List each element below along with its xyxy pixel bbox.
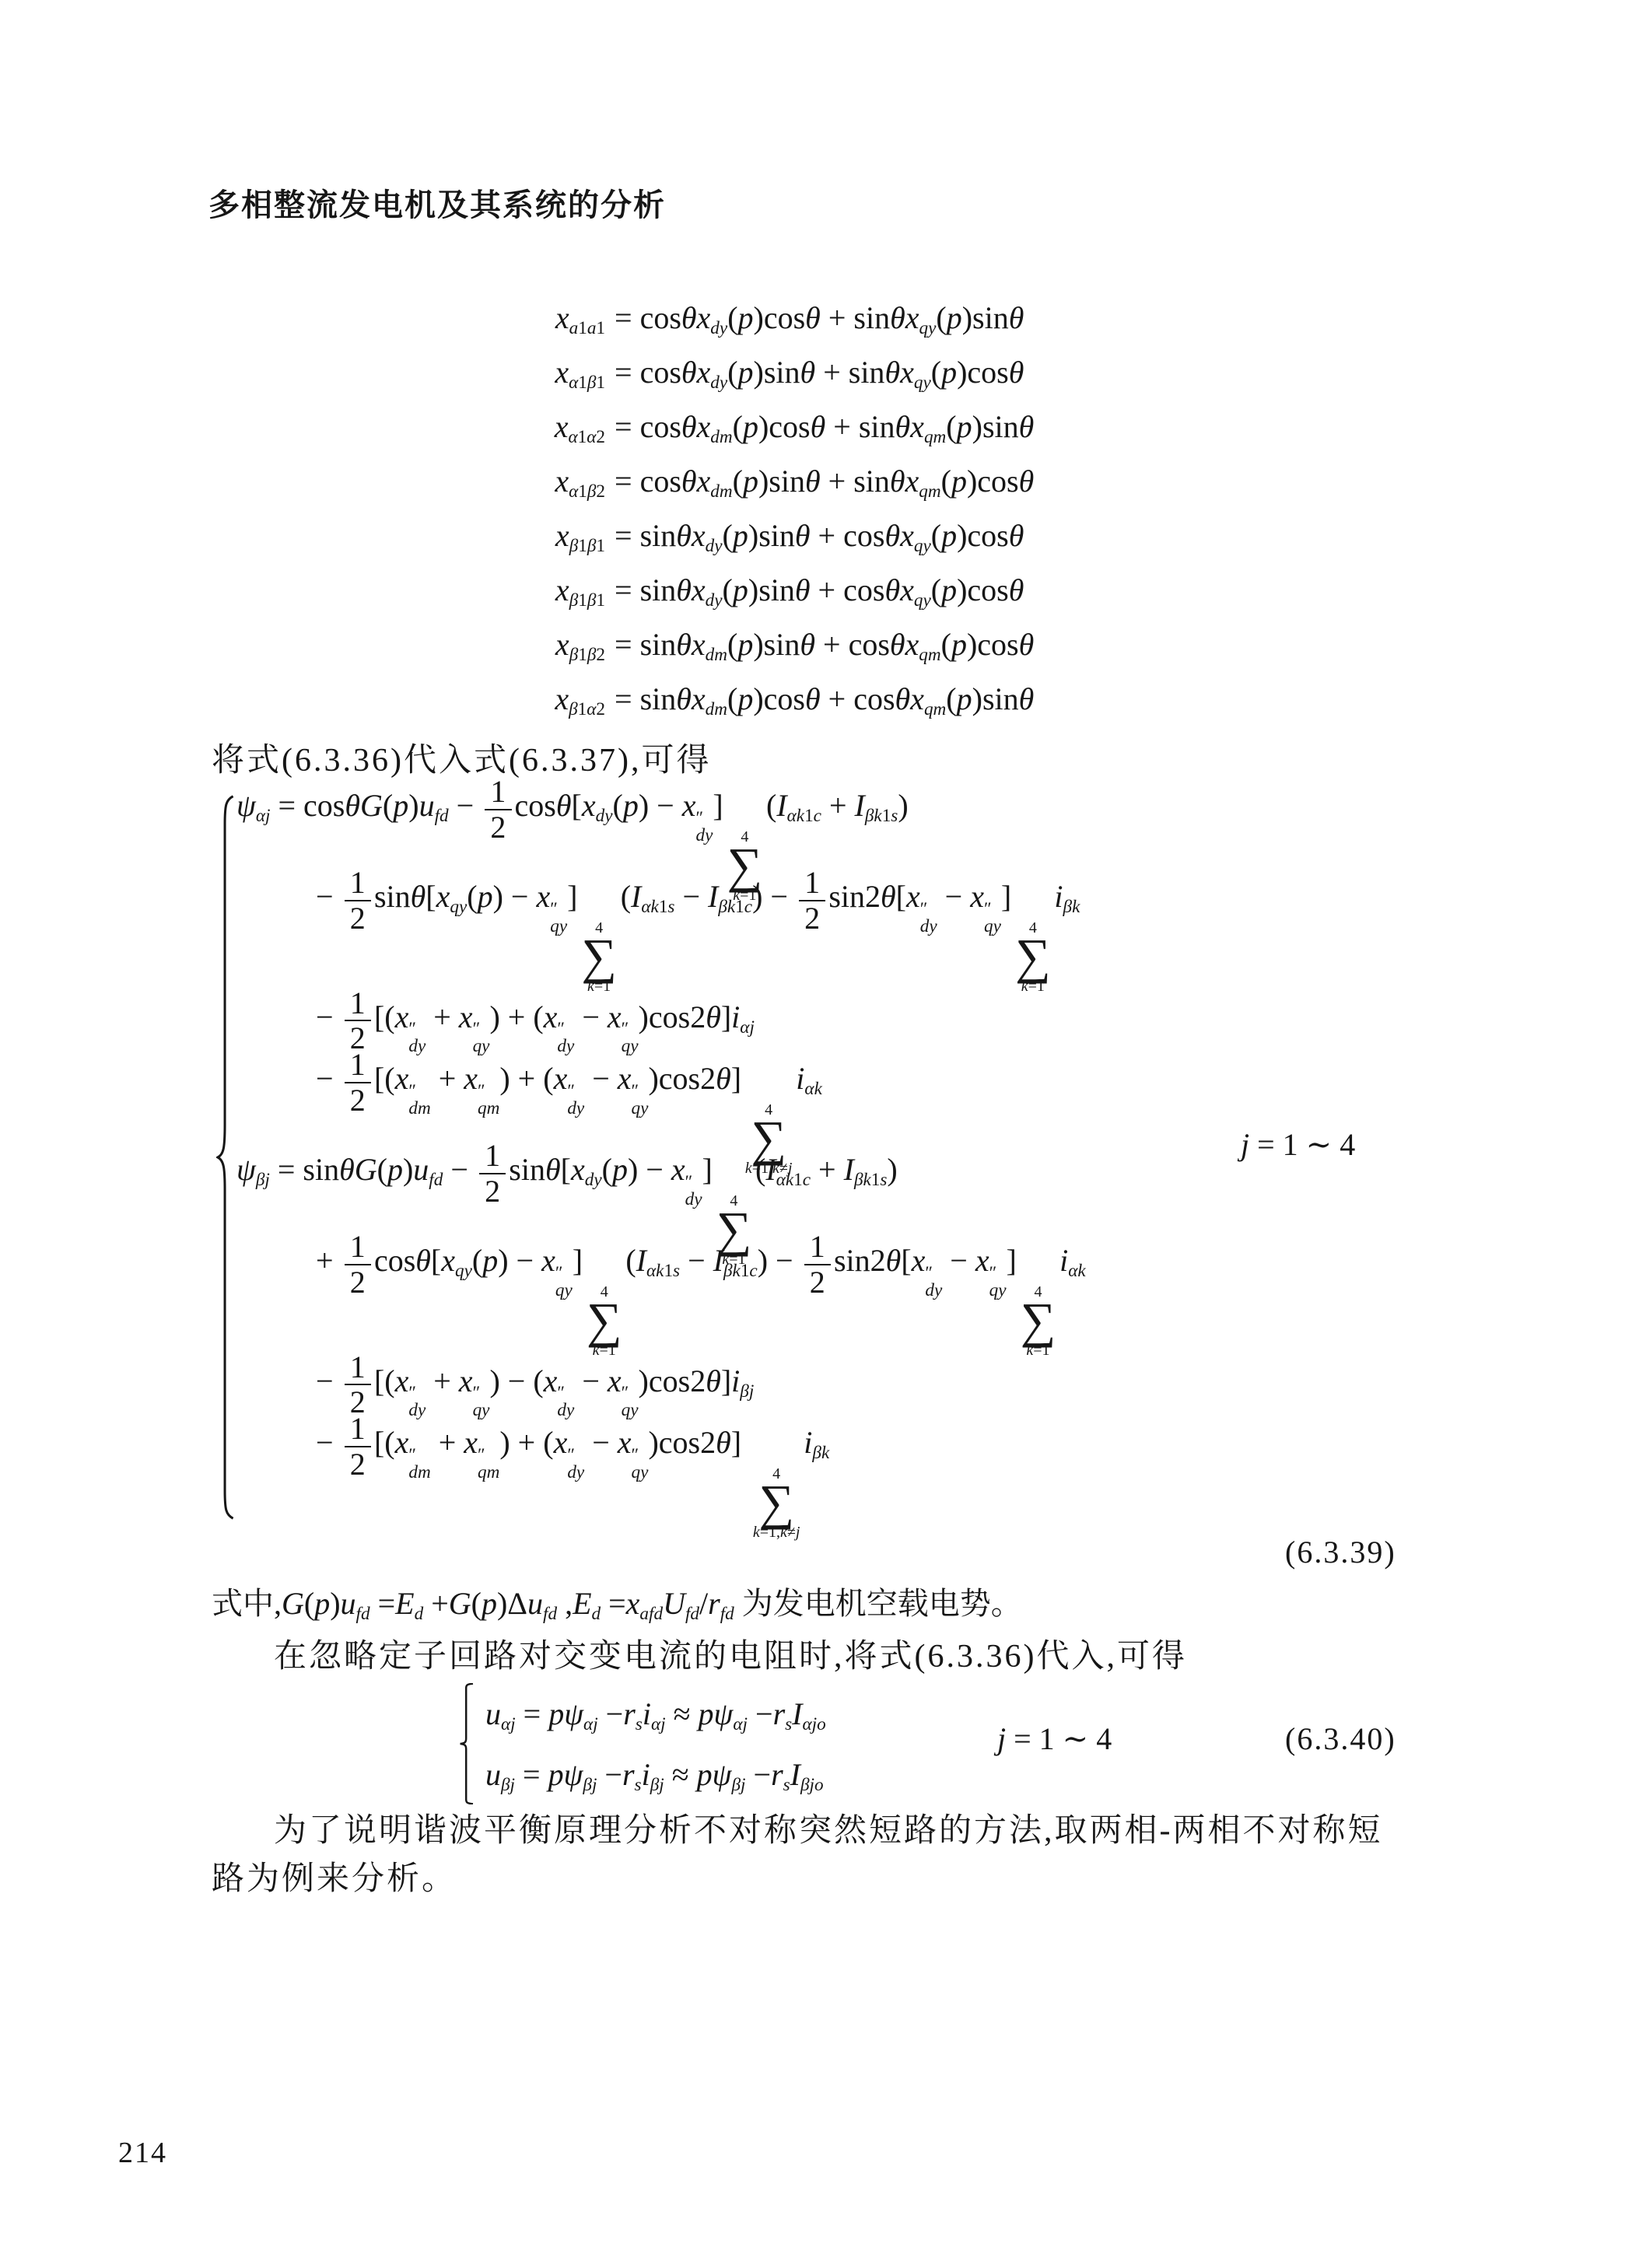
equation-row: xα1β2= cosθxdm(p)sinθ + sinθxqm(p)cosθ bbox=[515, 453, 1034, 508]
u-beta-line: uβj = pψβj −rsiβj ≈ pψβj −rsIβjo bbox=[485, 1744, 826, 1804]
paragraph-definition: 式中,G(p)ufd =Ed +G(p)Δufd ,Ed =xafdUfd/rf… bbox=[212, 1579, 1022, 1623]
page-number: 214 bbox=[118, 2136, 167, 2170]
equation-lhs: xα1β1 bbox=[515, 354, 605, 390]
paragraph-neglect-resistance: 在忽略定子回路对交变电流的电阻时,将式(6.3.36)代入,可得 bbox=[274, 1630, 1187, 1677]
paragraph-harmonic-balance-line-1: 为了说明谐波平衡原理分析不对称突然短路的方法,取两相-两相不对称短 bbox=[274, 1804, 1383, 1851]
equation-row: xβ1β1= sinθxdy(p)sinθ + cosθxqy(p)cosθ bbox=[515, 562, 1034, 617]
equation-lhs: xa1a1 bbox=[515, 299, 605, 336]
equation-row: xa1a1= cosθxdy(p)cosθ + sinθxqy(p)sinθ bbox=[515, 290, 1034, 345]
equation-rhs: = sinθxdm(p)cosθ + cosθxqm(p)sinθ bbox=[615, 681, 1034, 717]
equation-number-6-3-39: (6.3.39) bbox=[1285, 1534, 1396, 1570]
equation-rhs: = cosθxdm(p)sinθ + sinθxqm(p)cosθ bbox=[615, 463, 1034, 499]
equation-lhs: xβ1β2 bbox=[515, 626, 605, 663]
range-label-j: j = 1 ∼ 4 bbox=[997, 1720, 1112, 1757]
book-page: 多相整流发电机及其系统的分析 xa1a1= cosθxdy(p)cosθ + s… bbox=[0, 0, 1625, 2268]
equation-row: xα1α2= cosθxdm(p)cosθ + sinθxqm(p)sinθ bbox=[515, 399, 1034, 453]
paragraph-substitute: 将式(6.3.36)代入式(6.3.37),可得 bbox=[212, 734, 711, 781]
psi-beta-line-2: + 12cosθ[xqy(p) − x″qy]4∑k=1(Iαk1s − Iβk… bbox=[316, 1248, 1461, 1339]
equation-lhs: xβ1β1 bbox=[515, 572, 605, 608]
equation-row: xβ1α2= sinθxdm(p)cosθ + cosθxqm(p)sinθ bbox=[515, 671, 1034, 726]
equation-system-6-3-40: uαj = pψαj −rsiαj ≈ pψαj −rsIαjo uβj = p… bbox=[459, 1683, 826, 1804]
equation-row: xα1β1= cosθxdy(p)sinθ + sinθxqy(p)cosθ bbox=[515, 345, 1034, 399]
equation-rhs: = sinθxdm(p)sinθ + cosθxqm(p)cosθ bbox=[615, 626, 1034, 663]
u-alpha-line: uαj = pψαj −rsiαj ≈ pψαj −rsIαjo bbox=[485, 1683, 826, 1744]
equation-lhs: xβ1β1 bbox=[515, 517, 605, 554]
equation-lhs: xα1α2 bbox=[515, 408, 605, 445]
psi-alpha-line-2: − 12sinθ[xqy(p) − x″qy]4∑k=1(Iαk1s − Iβk… bbox=[316, 884, 1461, 975]
equation-number-6-3-40: (6.3.40) bbox=[1285, 1720, 1396, 1757]
paragraph-harmonic-balance-line-2: 路为例来分析。 bbox=[212, 1853, 457, 1899]
equation-block-transforms: xa1a1= cosθxdy(p)cosθ + sinθxqy(p)sinθ x… bbox=[515, 290, 1034, 726]
equation-row: xβ1β2= sinθxdm(p)sinθ + cosθxqm(p)cosθ bbox=[515, 617, 1034, 671]
equation-row: xβ1β1= sinθxdy(p)sinθ + cosθxqy(p)cosθ bbox=[515, 508, 1034, 562]
equation-lhs: xβ1α2 bbox=[515, 681, 605, 717]
equation-rhs: = cosθxdy(p)cosθ + sinθxqy(p)sinθ bbox=[615, 299, 1024, 336]
left-brace bbox=[216, 793, 235, 1521]
equation-rhs: = cosθxdy(p)sinθ + sinθxqy(p)cosθ bbox=[615, 354, 1024, 390]
range-label-j: j = 1 ∼ 4 bbox=[1241, 1126, 1355, 1163]
equation-lhs: xα1β2 bbox=[515, 463, 605, 499]
equation-rhs: = cosθxdm(p)cosθ + sinθxqm(p)sinθ bbox=[615, 408, 1034, 445]
running-header: 多相整流发电机及其系统的分析 bbox=[208, 180, 666, 225]
equation-rhs: = sinθxdy(p)sinθ + cosθxqy(p)cosθ bbox=[615, 572, 1024, 608]
psi-beta-line-4: − 12[(x″dm + x″qm) + (x″dy − x″qy)cos2θ]… bbox=[316, 1430, 1461, 1521]
equation-rhs: = sinθxdy(p)sinθ + cosθxqy(p)cosθ bbox=[615, 517, 1024, 554]
left-brace bbox=[459, 1683, 475, 1804]
